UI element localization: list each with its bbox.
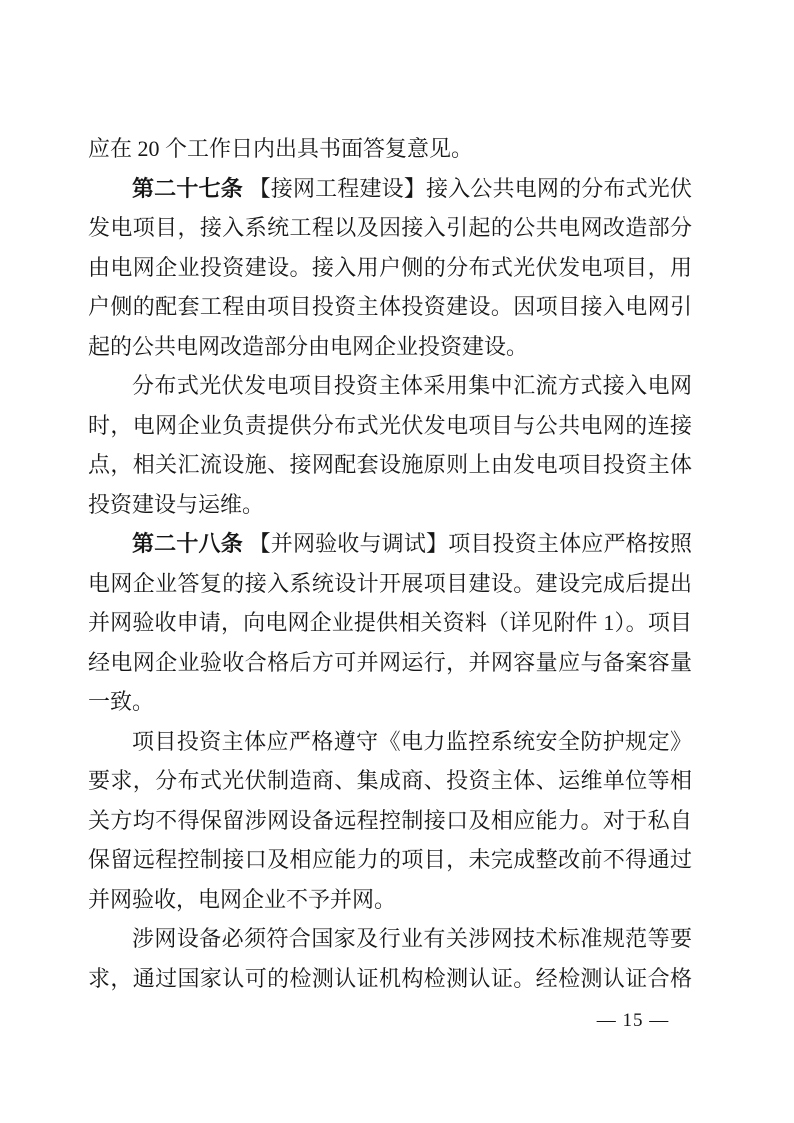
text-line: 第二十七条 【接网工程建设】接入公共电网的分布式光伏 xyxy=(88,169,692,209)
text-line: 保留远程控制接口及相应能力的项目，未完成整改前不得通过 xyxy=(88,840,692,880)
text-line: 要求，分布式光伏制造商、集成商、投资主体、运维单位等相 xyxy=(88,761,692,801)
text-segment: 要求，分布式光伏制造商、集成商、投资主体、运维单位等相 xyxy=(88,768,692,793)
text-line: 经电网企业验收合格后方可并网运行，并网容量应与备案容量 xyxy=(88,643,692,683)
article-number-bold: 第二十八条 xyxy=(132,531,243,556)
text-segment: 关方均不得保留涉网设备远程控制接口及相应能力。对于私自 xyxy=(88,808,692,833)
text-segment: 投资建设与运维。 xyxy=(88,492,264,517)
text-line: 由电网企业投资建设。接入用户侧的分布式光伏发电项目，用 xyxy=(88,248,692,288)
text-segment: 起的公共电网改造部分由电网企业投资建设。 xyxy=(88,334,528,359)
text-segment: 【接网工程建设】接入公共电网的分布式光伏 xyxy=(243,176,692,201)
text-line: 分布式光伏发电项目投资主体采用集中汇流方式接入电网 xyxy=(88,366,692,406)
text-segment: 并网验收，电网企业不予并网。 xyxy=(88,887,396,912)
text-line: 项目投资主体应严格遵守《电力监控系统安全防护规定》 xyxy=(88,722,692,762)
text-line: 户侧的配套工程由项目投资主体投资建设。因项目接入电网引 xyxy=(88,287,692,327)
text-line: 第二十八条 【并网验收与调试】项目投资主体应严格按照 xyxy=(88,524,692,564)
article-number-bold: 第二十七条 xyxy=(132,176,243,201)
text-line: 关方均不得保留涉网设备远程控制接口及相应能力。对于私自 xyxy=(88,801,692,841)
text-line: 并网验收，电网企业不予并网。 xyxy=(88,880,692,920)
text-line: 投资建设与运维。 xyxy=(88,485,692,525)
text-line: 起的公共电网改造部分由电网企业投资建设。 xyxy=(88,327,692,367)
text-line: 应在 20 个工作日内出具书面答复意见。 xyxy=(88,129,692,169)
text-segment: 涉网设备必须符合国家及行业有关涉网技术标准规范等要 xyxy=(132,926,692,951)
text-segment: 发电项目，接入系统工程以及因接入引起的公共电网改造部分 xyxy=(88,215,692,240)
text-line: 并网验收申请，向电网企业提供相关资料（详见附件 1）。项目 xyxy=(88,603,692,643)
text-segment: 【并网验收与调试】项目投资主体应严格按照 xyxy=(243,531,692,556)
text-segment: 保留远程控制接口及相应能力的项目，未完成整改前不得通过 xyxy=(88,847,692,872)
document-page: 应在 20 个工作日内出具书面答复意见。第二十七条 【接网工程建设】接入公共电网… xyxy=(0,0,794,1123)
text-segment: 一致。 xyxy=(88,689,154,714)
text-line: 求，通过国家认可的检测认证机构检测认证。经检测认证合格 xyxy=(88,959,692,999)
text-segment: 分布式光伏发电项目投资主体采用集中汇流方式接入电网 xyxy=(132,373,692,398)
text-segment: 户侧的配套工程由项目投资主体投资建设。因项目接入电网引 xyxy=(88,294,692,319)
text-segment: 经电网企业验收合格后方可并网运行，并网容量应与备案容量 xyxy=(88,650,692,675)
document-body: 应在 20 个工作日内出具书面答复意见。第二十七条 【接网工程建设】接入公共电网… xyxy=(88,129,692,998)
page-number: — 15 — xyxy=(585,1010,681,1032)
text-line: 电网企业答复的接入系统设计开展项目建设。建设完成后提出 xyxy=(88,564,692,604)
text-line: 点，相关汇流设施、接网配套设施原则上由发电项目投资主体 xyxy=(88,445,692,485)
text-segment: 点，相关汇流设施、接网配套设施原则上由发电项目投资主体 xyxy=(88,452,692,477)
text-segment: 项目投资主体应严格遵守《电力监控系统安全防护规定》 xyxy=(132,729,692,754)
text-segment: 应在 20 个工作日内出具书面答复意见。 xyxy=(88,136,473,161)
text-line: 一致。 xyxy=(88,682,692,722)
text-line: 发电项目，接入系统工程以及因接入引起的公共电网改造部分 xyxy=(88,208,692,248)
text-segment: 由电网企业投资建设。接入用户侧的分布式光伏发电项目，用 xyxy=(88,255,692,280)
text-segment: 电网企业答复的接入系统设计开展项目建设。建设完成后提出 xyxy=(88,571,692,596)
text-segment: 求，通过国家认可的检测认证机构检测认证。经检测认证合格 xyxy=(88,966,692,991)
text-line: 时，电网企业负责提供分布式光伏发电项目与公共电网的连接 xyxy=(88,406,692,446)
text-segment: 时，电网企业负责提供分布式光伏发电项目与公共电网的连接 xyxy=(88,413,692,438)
text-segment: 并网验收申请，向电网企业提供相关资料（详见附件 1）。项目 xyxy=(88,610,692,635)
text-line: 涉网设备必须符合国家及行业有关涉网技术标准规范等要 xyxy=(88,919,692,959)
